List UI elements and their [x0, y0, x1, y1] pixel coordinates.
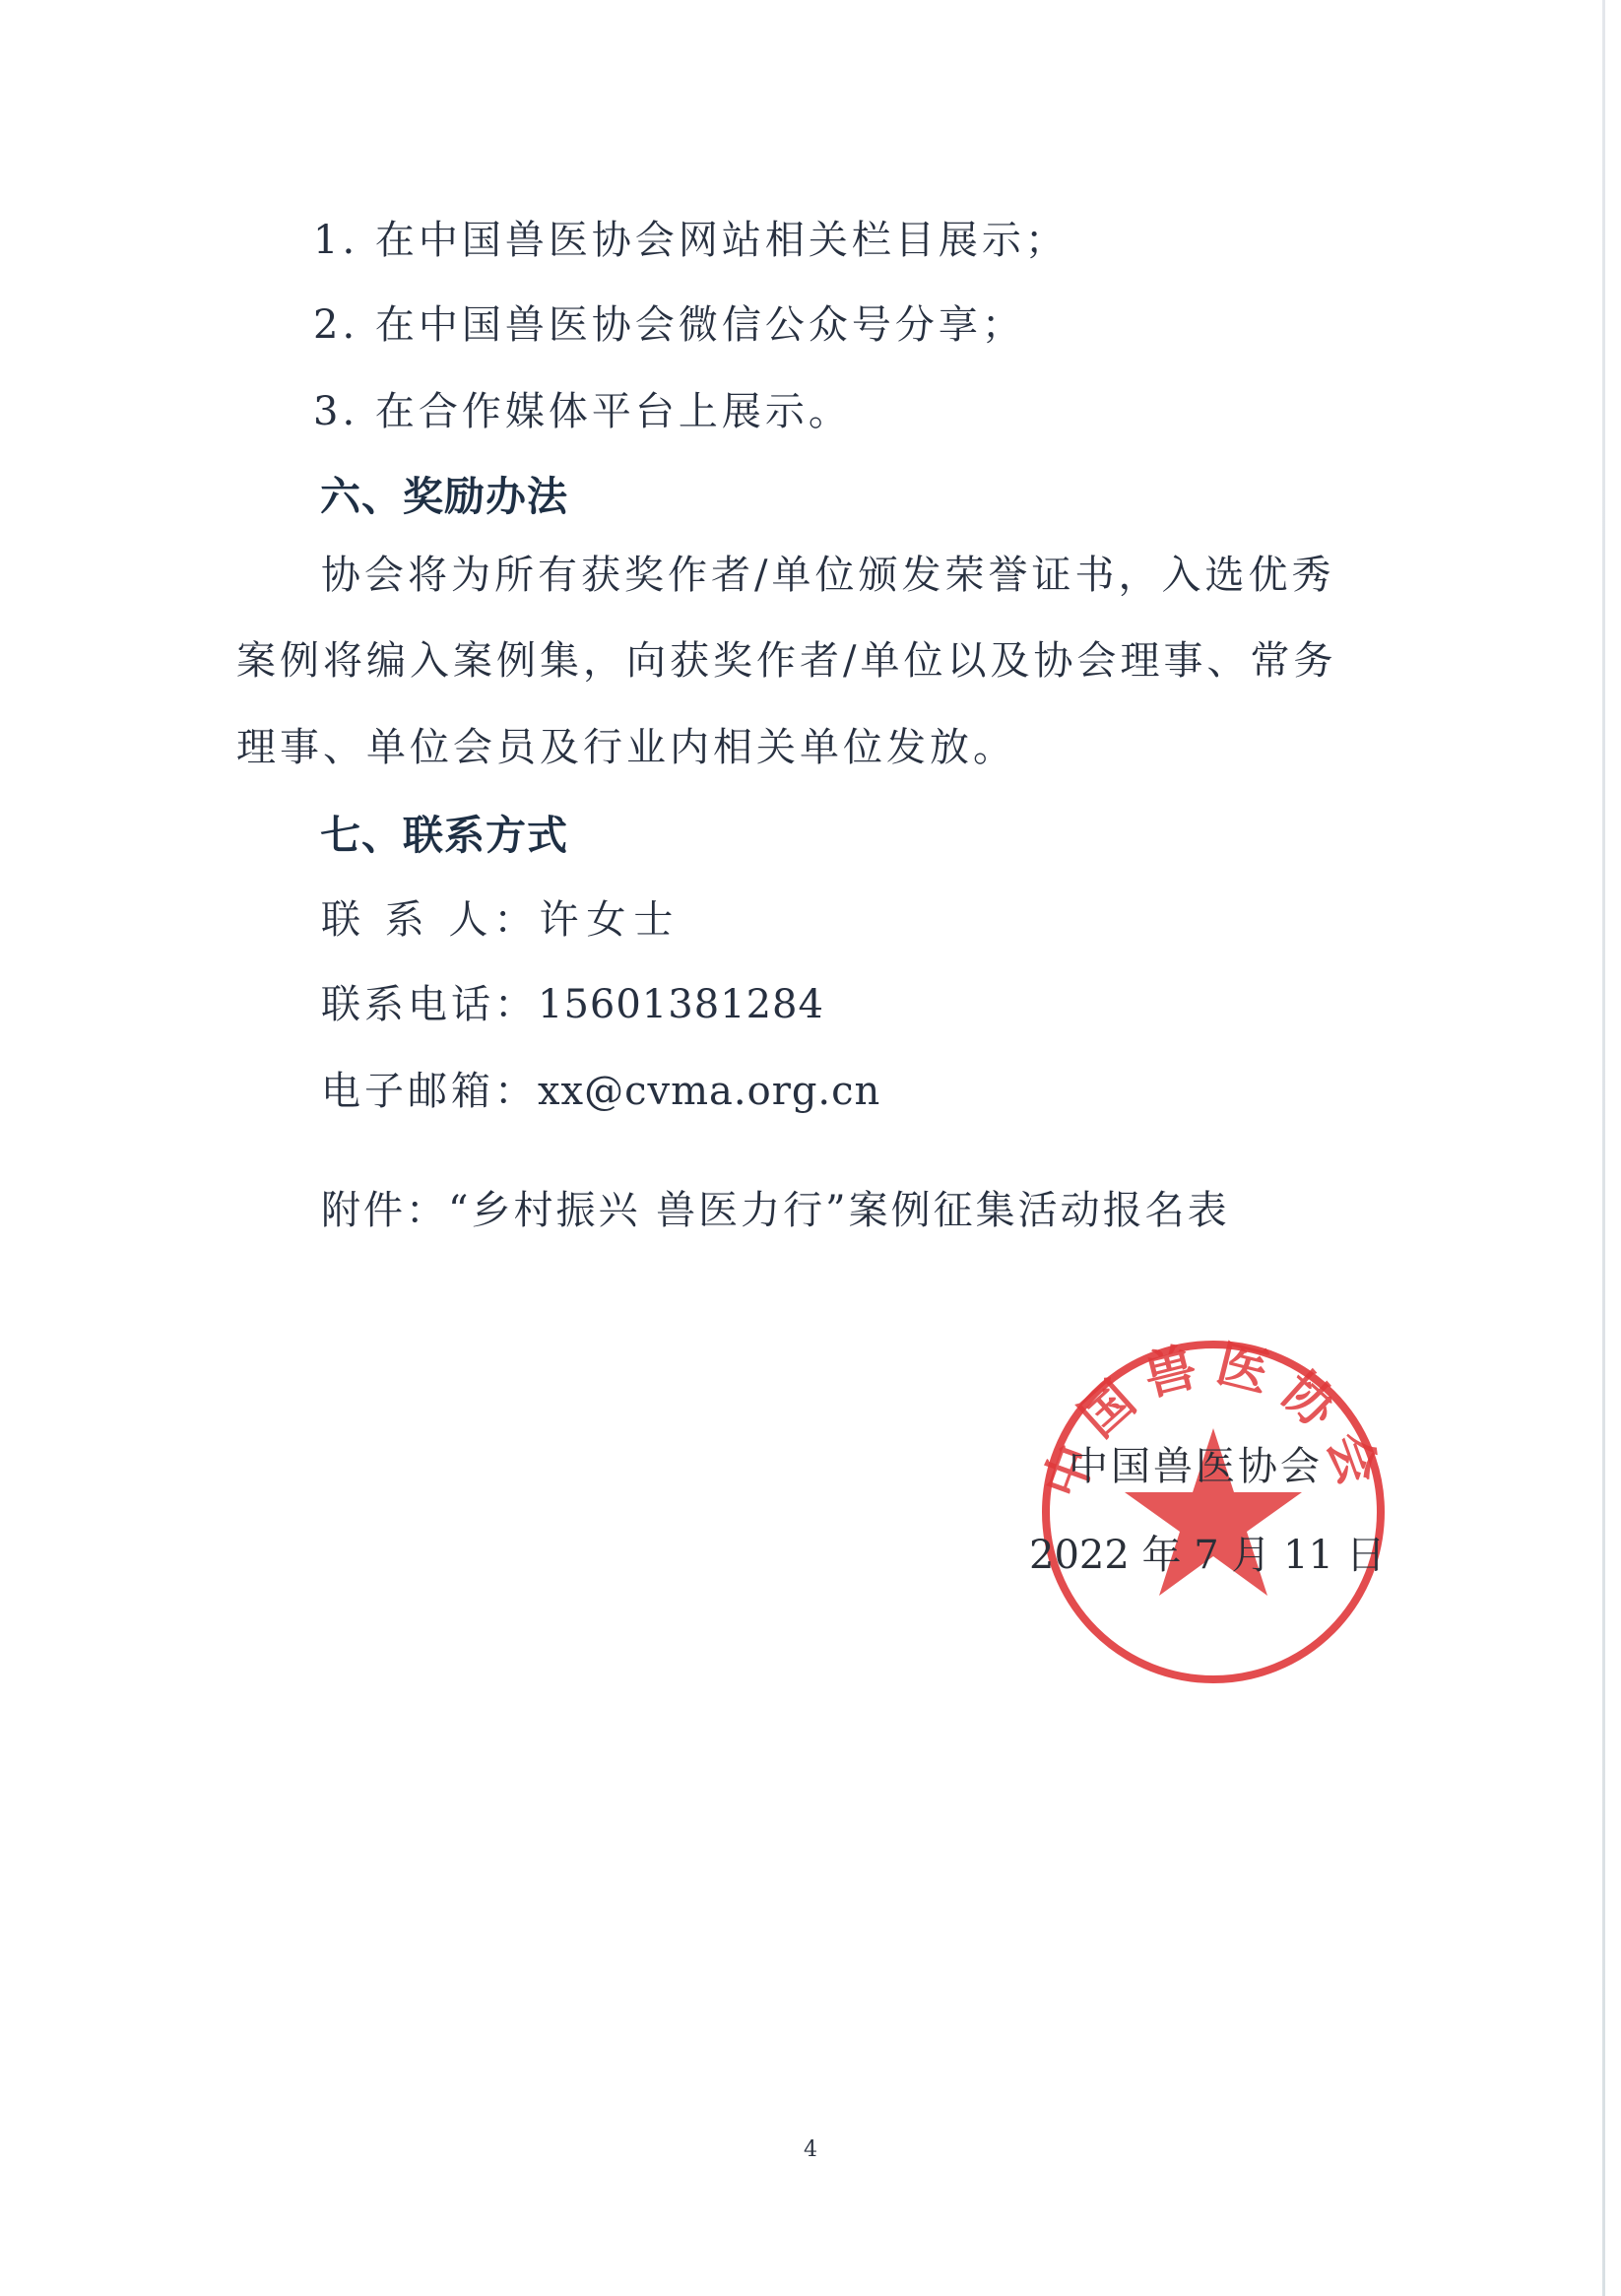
section6-paragraph-line-3: 理事、单位会员及行业内相关单位发放。	[236, 722, 1016, 773]
list-item-2: 2. 在中国兽医协会微信公众号分享；	[313, 299, 1025, 351]
scan-edge	[1602, 0, 1605, 2296]
contact-email-label: 电子邮箱：	[321, 1069, 538, 1114]
list-item-3: 3. 在合作媒体平台上展示。	[313, 386, 852, 437]
signature-org: 中国兽医协会	[1069, 1441, 1323, 1492]
list-item-1: 1. 在中国兽医协会网站相关栏目展示；	[313, 215, 1069, 266]
section7-heading: 七、联系方式	[320, 810, 568, 861]
contact-person-value: 许女士	[539, 897, 681, 943]
contact-person: 联 系 人：许女士	[321, 894, 681, 946]
attachment-note: 附件：“乡村振兴 兽医力行”案例征集活动报名表	[321, 1185, 1230, 1236]
contact-phone-label: 联系电话：	[321, 982, 538, 1027]
contact-person-label: 联 系 人：	[321, 897, 539, 943]
section6-paragraph-line-2: 案例将编入案例集，向获奖作者/单位以及协会理事、常务	[236, 635, 1336, 687]
signature-date: 2022 年 7 月 11 日	[1029, 1530, 1386, 1581]
contact-email-value: xx@cvma.org.cn	[538, 1069, 880, 1114]
contact-phone-value: 15601381284	[538, 982, 824, 1027]
contact-phone: 联系电话：15601381284	[321, 979, 824, 1030]
contact-email: 电子邮箱：xx@cvma.org.cn	[321, 1066, 880, 1117]
section6-paragraph-line-1: 协会将为所有获奖作者/单位颁发荣誉证书，入选优秀	[321, 550, 1334, 601]
page-number: 4	[804, 2137, 817, 2162]
section6-heading: 六、奖励办法	[320, 471, 568, 522]
official-seal: 中国兽医协会	[1036, 1335, 1391, 1689]
